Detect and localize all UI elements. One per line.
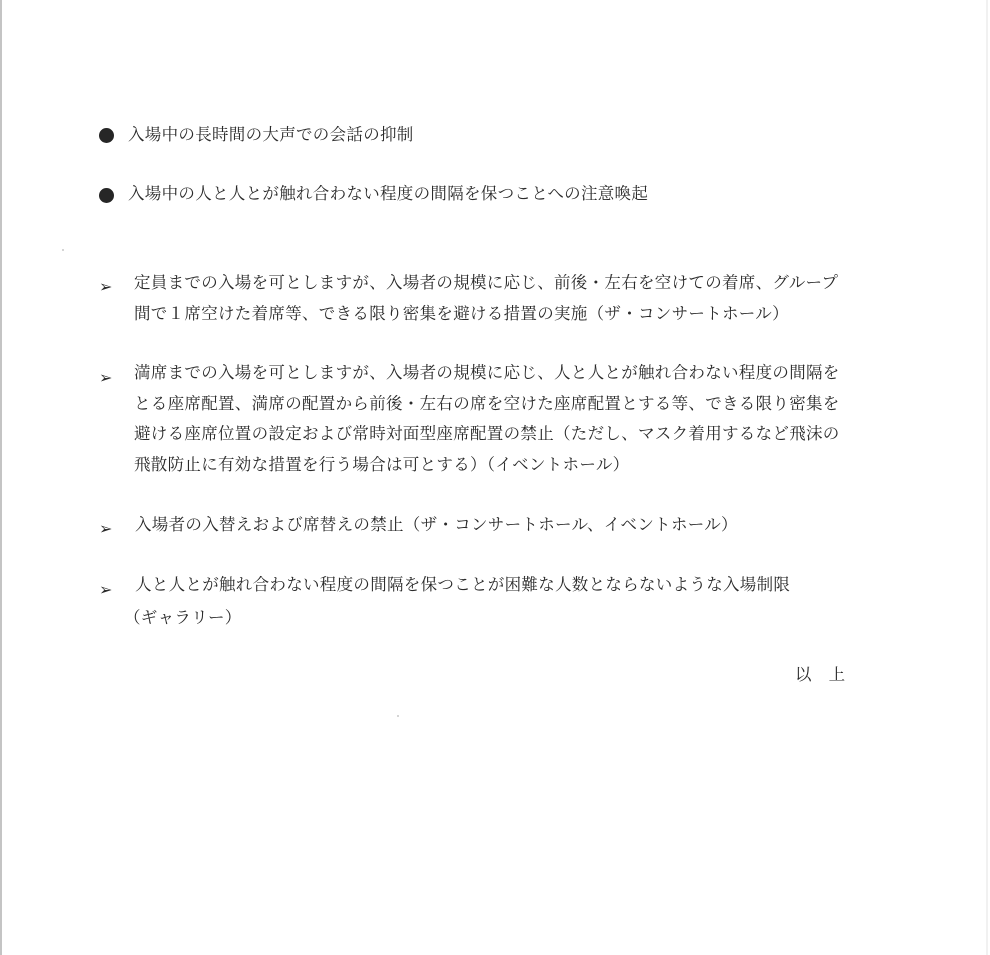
bullet-text-line: 間で１席空けた着席等、できる限り密集を避ける措置の実施（ザ・コンサートホール） xyxy=(134,298,789,329)
scan-speck xyxy=(397,715,399,717)
filled-circle-bullet-icon xyxy=(99,128,114,143)
bullet-text-line: 満席までの入場を可としますが、入場者の規模に応じ、人と人とが触れ合わない程度の間… xyxy=(134,357,840,388)
bullet-text: 入場中の人と人とが触れ合わない程度の間隔を保つことへの注意喚起 xyxy=(128,178,648,209)
arrowhead-bullet-icon: ➢ xyxy=(99,513,112,544)
bullet-text-line: とる座席配置、満席の配置から前後・左右の席を空けた座席配置とする等、できる限り密… xyxy=(134,388,840,419)
bullet-text-line: 飛散防止に有効な措置を行う場合は可とする）（イベントホール） xyxy=(134,449,629,480)
bullet-text-line: 定員までの入場を可としますが、入場者の規模に応じ、前後・左右を空けての着席、グル… xyxy=(134,267,838,298)
arrowhead-bullet-icon: ➢ xyxy=(99,271,112,302)
closing-remark: 以 上 xyxy=(795,659,845,690)
arrowhead-bullet-icon: ➢ xyxy=(99,574,112,605)
bullet-text-line: （ギャラリー） xyxy=(124,602,242,633)
arrowhead-bullet-icon: ➢ xyxy=(99,362,112,393)
bullet-text: 入場中の長時間の大声での会話の抑制 xyxy=(128,119,414,150)
page-edge-left xyxy=(0,0,2,955)
filled-circle-bullet-icon xyxy=(99,188,114,203)
page-edge-right xyxy=(986,0,988,955)
scan-speck xyxy=(62,249,64,251)
bullet-text-line: 避ける座席位置の設定および常時対面型座席配置の禁止（ただし、マスク着用するなど飛… xyxy=(134,418,840,449)
bullet-text-line: 人と人とが触れ合わない程度の間隔を保つことが困難な人数とならないような入場制限 xyxy=(135,569,790,600)
bullet-text-line: 入場者の入替えおよび席替えの禁止（ザ・コンサートホール、イベントホール） xyxy=(135,509,738,540)
